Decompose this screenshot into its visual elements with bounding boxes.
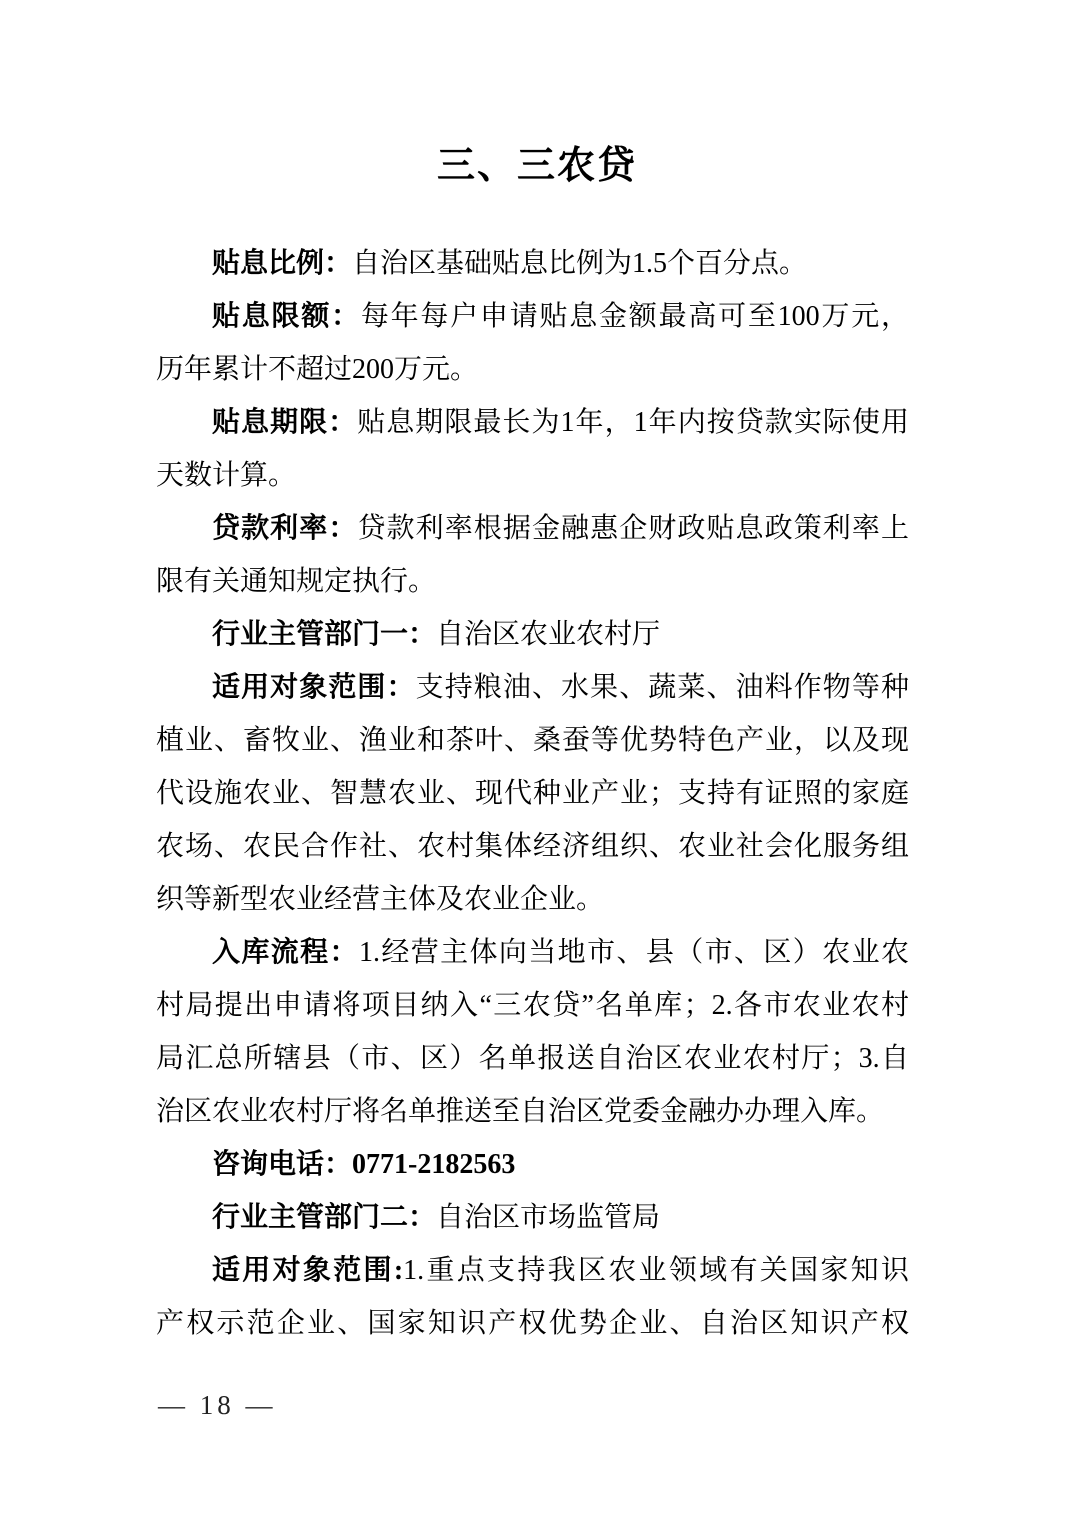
line-text: 自治区市场监管局	[436, 1202, 660, 1233]
paragraph-label: 贴息期限：	[212, 407, 357, 438]
text-line: 贷款利率：贷款利率根据金融惠企财政贴息政策利率上	[156, 502, 909, 555]
paragraph-label: 入库流程：	[212, 937, 359, 968]
text-line: 历年累计不超过200万元。	[156, 343, 909, 396]
document-page: 三、三农贷 贴息比例：自治区基础贴息比例为1.5个百分点。贴息限额：每年每户申请…	[0, 0, 1074, 1520]
text-line: 局汇总所辖县（市、区）名单报送自治区农业农村厅；3.自	[156, 1032, 909, 1085]
line-text: 1.重点支持我区农业领域有关国家知识	[403, 1255, 909, 1286]
text-line: 治区农业农村厅将名单推送至自治区党委金融办办理入库。	[156, 1085, 909, 1138]
text-line: 植业、畜牧业、渔业和茶叶、桑蚕等优势特色产业，以及现	[156, 714, 909, 767]
page-number: — 18 —	[158, 1390, 277, 1421]
paragraph-label: 贷款利率：	[212, 513, 357, 544]
paragraph-label: 适用对象范围：	[212, 672, 416, 703]
line-text: 历年累计不超过200万元。	[156, 354, 478, 385]
line-text: 农场、农民合作社、农村集体经济组织、农业社会化服务组	[156, 831, 909, 862]
text-line: 村局提出申请将项目纳入“三农贷”名单库；2.各市农业农村	[156, 979, 909, 1032]
line-text: 限有关通知规定执行。	[156, 566, 436, 597]
text-line: 产权示范企业、国家知识产权优势企业、自治区知识产权	[156, 1297, 909, 1350]
text-line: 贴息限额：每年每户申请贴息金额最高可至100万元，	[156, 290, 909, 343]
page-title: 三、三农贷	[0, 134, 1074, 189]
line-text: 植业、畜牧业、渔业和茶叶、桑蚕等优势特色产业，以及现	[156, 725, 909, 756]
paragraph-label: 贴息限额：	[212, 301, 361, 332]
line-text: 支持粮油、水果、蔬菜、油料作物等种	[416, 672, 909, 703]
paragraph-label: 咨询电话：	[212, 1149, 352, 1180]
text-line: 贴息期限：贴息期限最长为1年，1年内按贷款实际使用	[156, 396, 909, 449]
text-line: 农场、农民合作社、农村集体经济组织、农业社会化服务组	[156, 820, 909, 873]
text-line: 代设施农业、智慧农业、现代种业产业；支持有证照的家庭	[156, 767, 909, 820]
line-text: 每年每户申请贴息金额最高可至100万元，	[361, 301, 909, 332]
line-text: 贷款利率根据金融惠企财政贴息政策利率上	[357, 513, 909, 544]
line-text: 局汇总所辖县（市、区）名单报送自治区农业农村厅；3.自	[156, 1043, 909, 1074]
line-text: 天数计算。	[156, 460, 296, 491]
line-text: 自治区基础贴息比例为1.5个百分点。	[352, 248, 807, 279]
text-line: 贴息比例：自治区基础贴息比例为1.5个百分点。	[156, 237, 909, 290]
text-line: 适用对象范围:1.重点支持我区农业领域有关国家知识	[156, 1244, 909, 1297]
paragraph-label: 行业主管部门一：	[212, 619, 436, 650]
paragraph-label: 适用对象范围:	[212, 1255, 403, 1286]
paragraph-label: 行业主管部门二：	[212, 1202, 436, 1233]
text-line: 天数计算。	[156, 449, 909, 502]
line-text: 产权示范企业、国家知识产权优势企业、自治区知识产权	[156, 1308, 909, 1339]
line-text: 治区农业农村厅将名单推送至自治区党委金融办办理入库。	[156, 1096, 884, 1127]
line-text: 自治区农业农村厅	[436, 619, 660, 650]
text-line: 入库流程：1.经营主体向当地市、县（市、区）农业农	[156, 926, 909, 979]
line-text: 代设施农业、智慧农业、现代种业产业；支持有证照的家庭	[156, 778, 909, 809]
text-line: 行业主管部门二：自治区市场监管局	[156, 1191, 909, 1244]
line-text: 村局提出申请将项目纳入“三农贷”名单库；2.各市农业农村	[156, 990, 909, 1021]
line-text: 1.经营主体向当地市、县（市、区）农业农	[359, 937, 909, 968]
text-line: 适用对象范围：支持粮油、水果、蔬菜、油料作物等种	[156, 661, 909, 714]
text-line: 织等新型农业经营主体及农业企业。	[156, 873, 909, 926]
text-line: 行业主管部门一：自治区农业农村厅	[156, 608, 909, 661]
document-body: 贴息比例：自治区基础贴息比例为1.5个百分点。贴息限额：每年每户申请贴息金额最高…	[156, 237, 909, 1350]
line-text: 贴息期限最长为1年，1年内按贷款实际使用	[357, 407, 909, 438]
text-line: 咨询电话：0771-2182563	[156, 1138, 909, 1191]
line-text: 织等新型农业经营主体及农业企业。	[156, 884, 604, 915]
text-line: 限有关通知规定执行。	[156, 555, 909, 608]
paragraph-label: 贴息比例：	[212, 248, 352, 279]
line-text: 0771-2182563	[352, 1149, 515, 1180]
